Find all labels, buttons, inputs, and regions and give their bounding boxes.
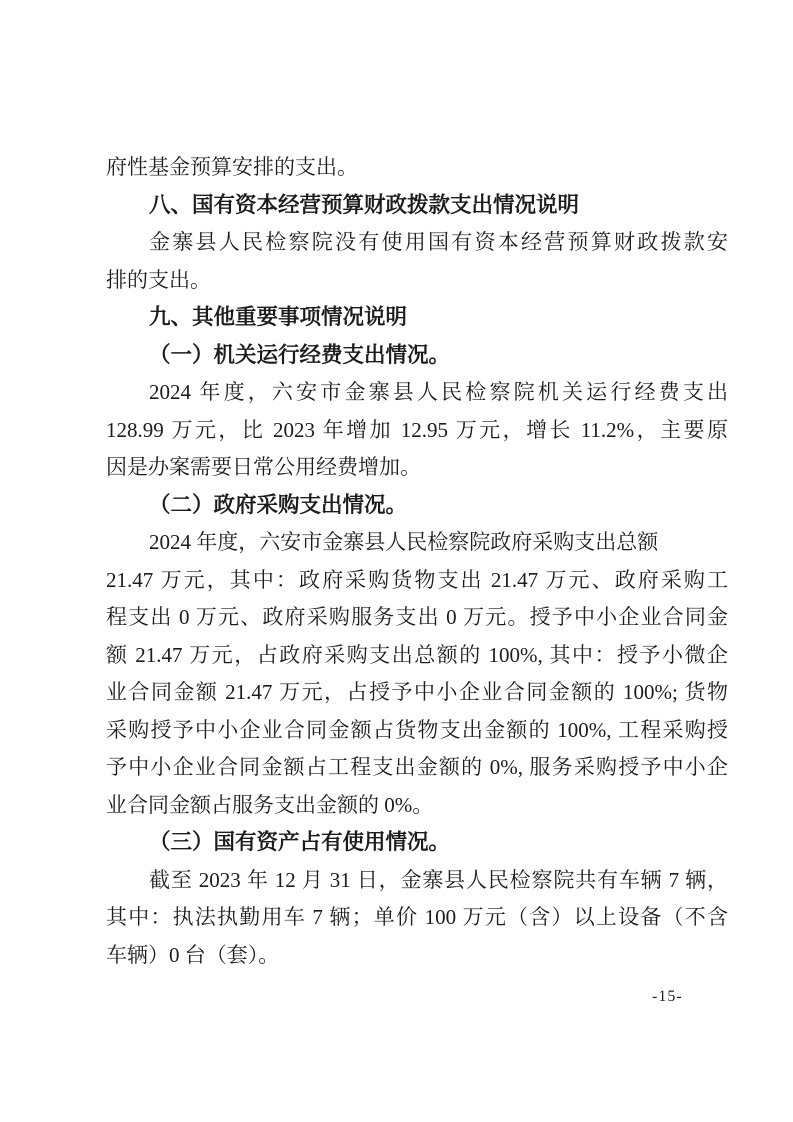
heading-section-9: 九、其他重要事项情况说明 <box>106 299 728 337</box>
body-line: 程支出 0 万元、政府采购服务支出 0 万元。授予中小企业合同金 <box>106 599 728 637</box>
heading-subsection-9-1: （一）机关运行经费支出情况。 <box>106 337 728 375</box>
body-line: 128.99 万元，比 2023 年增加 12.95 万元，增长 11.2%，主… <box>106 412 728 450</box>
body-line: 金寨县人民检察院没有使用国有资本经营预算财政拨款安 <box>106 224 728 262</box>
body-line: 予中小企业合同金额占工程支出金额的 0%, 服务采购授予中小企 <box>106 749 728 787</box>
heading-subsection-9-2: （二）政府采购支出情况。 <box>106 487 728 525</box>
body-line: 业合同金额 21.47 万元，占授予中小企业合同金额的 100%; 货物 <box>106 674 728 712</box>
body-line: 截至 2023 年 12 月 31 日，金寨县人民检察院共有车辆 7 辆， <box>106 862 728 900</box>
body-line: 采购授予中小企业合同金额占货物支出金额的 100%, 工程采购授 <box>106 712 728 750</box>
body-line: 21.47 万元，其中：政府采购货物支出 21.47 万元、政府采购工 <box>106 562 728 600</box>
heading-subsection-9-3: （三）国有资产占有使用情况。 <box>106 824 728 862</box>
body-line: 因是办案需要日常公用经费增加。 <box>106 449 728 487</box>
body-line: 其中：执法执勤用车 7 辆；单价 100 万元（含）以上设备（不含 <box>106 899 728 937</box>
page-number: -15- <box>652 988 683 1006</box>
body-line: 额 21.47 万元，占政府采购支出总额的 100%, 其中：授予小微企 <box>106 637 728 675</box>
document-page: 府性基金预算安排的支出。 八、国有资本经营预算财政拨款支出情况说明 金寨县人民检… <box>0 0 793 1122</box>
document-body: 府性基金预算安排的支出。 八、国有资本经营预算财政拨款支出情况说明 金寨县人民检… <box>106 149 728 974</box>
body-line: 府性基金预算安排的支出。 <box>106 149 728 187</box>
heading-section-8: 八、国有资本经营预算财政拨款支出情况说明 <box>106 187 728 225</box>
body-line: 车辆）0 台（套）。 <box>106 937 728 975</box>
body-line: 2024 年度，六安市金寨县人民检察院政府采购支出总额 <box>106 524 728 562</box>
body-line: 业合同金额占服务支出金额的 0%。 <box>106 787 728 825</box>
body-line: 排的支出。 <box>106 262 728 300</box>
body-line: 2024 年度，六安市金寨县人民检察院机关运行经费支出 <box>106 374 728 412</box>
